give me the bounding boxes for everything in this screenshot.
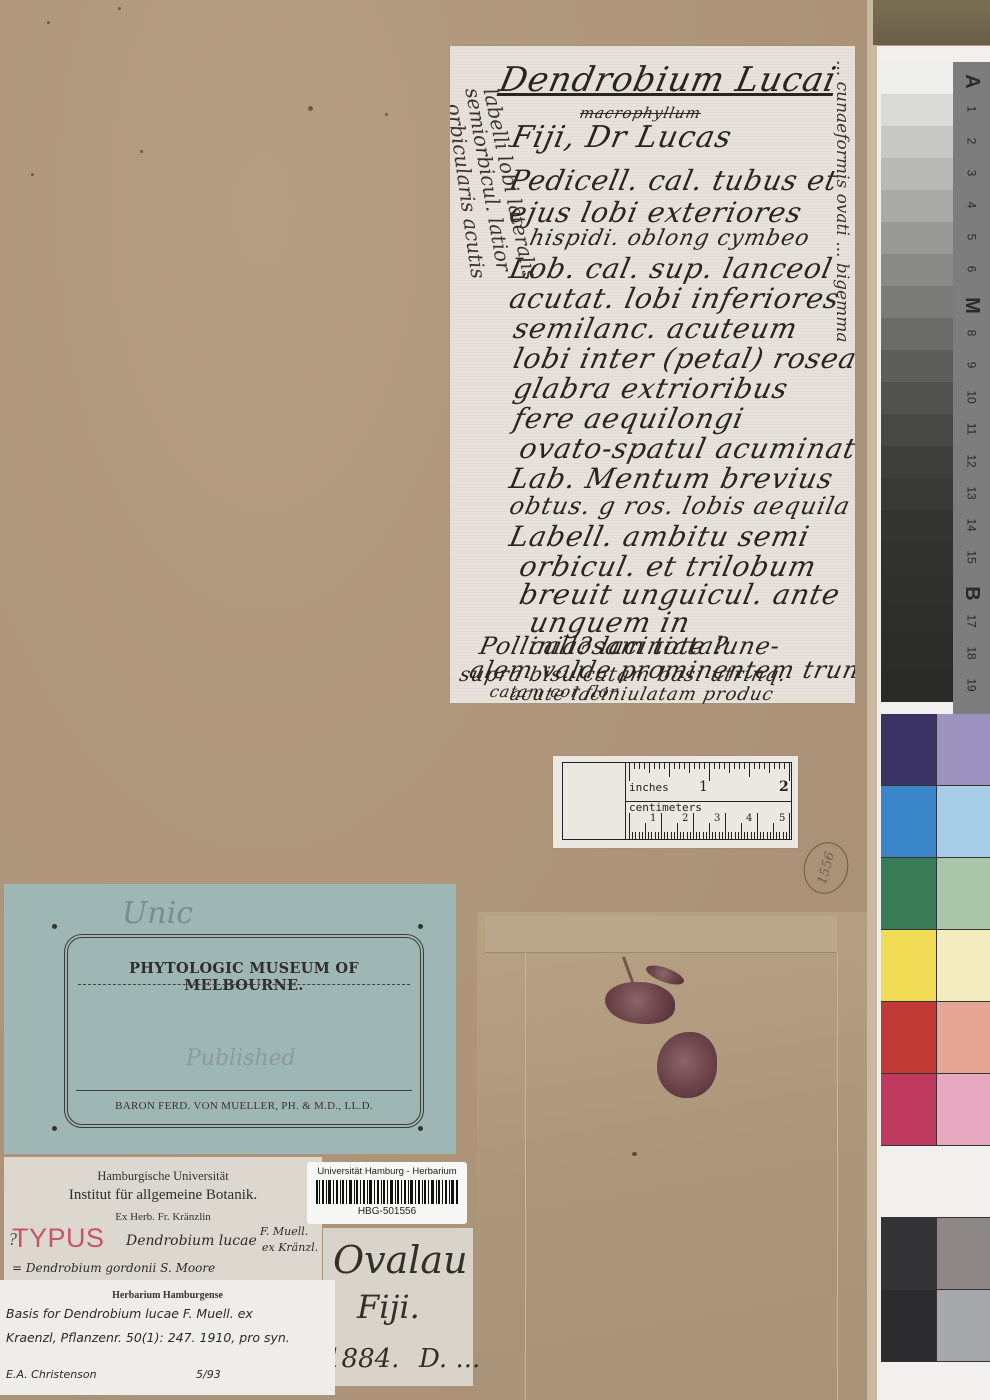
ruler-tick	[738, 832, 739, 839]
ornament-dot	[52, 924, 57, 929]
collector: D. ...	[419, 1344, 480, 1374]
swatch-row	[881, 930, 990, 1002]
color-swatch	[881, 786, 937, 857]
color-swatch	[937, 714, 990, 785]
ruler-tick	[629, 813, 630, 839]
typus-stamp: TYPUS	[12, 1223, 105, 1254]
note-line: Pedicell. cal. tubus et	[506, 164, 840, 197]
inch-number: 2	[779, 779, 789, 795]
ruler-tick	[706, 832, 707, 839]
ruler-tick	[744, 763, 745, 769]
ruler-tick	[664, 763, 665, 769]
barcode-id: HBG-501556	[307, 1206, 467, 1217]
ruler-tick	[644, 763, 645, 769]
ruler-tick	[687, 832, 688, 839]
ruler-tick	[639, 763, 640, 769]
color-swatch	[881, 930, 937, 1001]
note-margin-right: ... cunaeformis ovati ... bigemma	[832, 60, 852, 342]
ruler-tick	[747, 832, 748, 839]
ruler-tick	[696, 832, 697, 839]
cm-number: 5	[779, 813, 785, 824]
ornamental-frame: PHYTOLOGIC MUSEUM OF MELBOURNE. Publishe…	[64, 934, 424, 1128]
barcode-label: Universität Hamburg - Herbarium HBG-5015…	[307, 1162, 467, 1224]
ruler-tick	[629, 763, 630, 781]
speck	[31, 173, 34, 176]
gray-step	[881, 638, 953, 670]
collection-year: 1884.	[325, 1344, 399, 1374]
ruler-tick	[648, 832, 649, 839]
ruler-tick	[658, 832, 659, 839]
label-title: Herbarium Hamburgense	[0, 1290, 335, 1301]
note-line: lobi inter (petal) rosea	[510, 342, 855, 375]
ruler-tick	[690, 832, 691, 839]
color-swatch	[937, 1074, 990, 1145]
ruler-tick	[757, 813, 758, 839]
cm-number: 3	[714, 813, 720, 824]
cm-number: 2	[682, 813, 688, 824]
ruler-tick	[661, 813, 662, 839]
gray-step	[881, 542, 953, 574]
note-line: hispidi. oblong cymbeo	[527, 226, 812, 251]
note-line: ovato-spatul acuminat.	[516, 432, 855, 465]
museum-footer: BARON FERD. VON MUELLER, PH. & M.D., LL.…	[68, 1100, 420, 1112]
annotation-line: Basis for Dendrobium lucae F. Muell. ex	[6, 1306, 253, 1321]
ornament-dot	[418, 1126, 423, 1131]
scale-ruler: inches 1 2 centimeters 1 2 3 4 5	[553, 756, 798, 848]
color-swatch	[881, 1290, 937, 1361]
swatch-row	[881, 1146, 990, 1218]
ruler-tick	[715, 832, 716, 839]
ruler-tick	[734, 763, 735, 769]
swatch-row	[881, 786, 990, 858]
ruler-tick	[689, 763, 690, 773]
ruler-tick	[712, 832, 713, 839]
ex-herbarium: Ex Herb. Fr. Kränzlin	[4, 1211, 322, 1223]
ruler-tick	[655, 832, 656, 839]
gray-step	[881, 62, 953, 94]
ruler-tick	[674, 763, 675, 769]
note-line: acutat. lobi inferiores	[506, 282, 842, 315]
note-line: glabra extrioribus	[510, 372, 791, 405]
ruler-tick	[774, 763, 775, 769]
phytologic-museum-label: Unic PHYTOLOGIC MUSEUM OF MELBOURNE. Pub…	[4, 884, 456, 1154]
gray-scale-labels: A123456M89101112131415B171819	[953, 62, 990, 718]
color-swatch	[881, 1002, 937, 1073]
ruler-tick	[669, 763, 670, 777]
ruler-tick	[749, 763, 750, 777]
ruler-tick	[773, 823, 774, 839]
gray-step	[881, 190, 953, 222]
gray-step-label: 19	[965, 667, 979, 704]
note-footer-line: supra bisulcatam basi utrinq.	[457, 662, 789, 686]
ruler-tick	[634, 763, 635, 769]
ruler-tick	[664, 832, 665, 839]
ruler-tick	[684, 763, 685, 769]
color-swatches	[881, 714, 990, 1362]
ruler-tick	[693, 813, 694, 839]
ruler-tick	[677, 823, 678, 839]
gray-step	[881, 286, 953, 318]
note-line: ejus lobi exteriores	[506, 196, 805, 229]
locality-name: Ovalau	[333, 1238, 468, 1282]
ruler-tick	[639, 832, 640, 839]
ruler-tick	[728, 832, 729, 839]
ruler-tick	[651, 832, 652, 839]
dried-flower	[657, 1032, 717, 1098]
ruler-tick	[779, 832, 780, 839]
ruler-tick	[764, 763, 765, 769]
ruler-tick	[654, 763, 655, 769]
gray-step	[881, 94, 953, 126]
gray-step	[881, 414, 953, 446]
color-swatch	[881, 1146, 936, 1217]
annotation-date: 5/93	[196, 1368, 221, 1381]
scale-blank-area	[563, 763, 626, 839]
institute-name: Institut für allgemeine Botanik.	[4, 1187, 322, 1204]
ruler-tick	[719, 832, 720, 839]
swatch-row	[881, 714, 990, 786]
locality-country: Fiji.	[357, 1288, 420, 1326]
gray-step	[881, 318, 953, 350]
handwritten-author: F. Muell.	[260, 1225, 308, 1238]
ruler-tick	[789, 763, 790, 781]
note-line: Labell. ambitu semi	[506, 520, 812, 553]
specimen-envelope	[477, 912, 867, 1400]
gray-step-label: 6	[965, 251, 979, 288]
scanner-frame	[873, 0, 990, 45]
ruler-tick	[699, 832, 700, 839]
inch-scale: inches 1 2	[625, 763, 791, 802]
ruler-tick	[759, 763, 760, 769]
speck	[308, 106, 313, 111]
handwritten-species-name: Dendrobium lucae	[126, 1233, 257, 1249]
gray-step	[881, 382, 953, 414]
color-swatch	[937, 1218, 990, 1289]
ruler-tick	[667, 832, 668, 839]
locality-label: Ovalau Fiji. 1884. D. ...	[323, 1228, 473, 1386]
cm-number: 1	[650, 813, 656, 824]
ruler-tick	[789, 813, 790, 839]
ruler-tick	[709, 823, 710, 839]
color-swatch	[881, 858, 937, 929]
gray-step	[881, 446, 953, 478]
envelope-flap	[485, 916, 837, 953]
ruler-tick	[760, 832, 761, 839]
ruler-tick	[739, 763, 740, 769]
ruler-tick	[635, 832, 636, 839]
gray-step	[881, 126, 953, 158]
speck	[385, 113, 388, 116]
note-line: Lab. Mentum brevius	[506, 462, 836, 495]
ruler-tick	[786, 832, 787, 839]
note-title: Dendrobium Lucai	[496, 60, 841, 100]
ruler-tick	[674, 832, 675, 839]
centimeters-label: centimeters	[629, 801, 702, 814]
ruler-tick	[741, 823, 742, 839]
speck	[118, 7, 121, 10]
color-calibration-chart: A123456M89101112131415B171819	[877, 46, 990, 1400]
swatch-row	[881, 1002, 990, 1074]
divider	[78, 984, 410, 985]
ruler-tick	[731, 832, 732, 839]
color-swatch	[881, 1074, 937, 1145]
inches-label: inches	[629, 781, 669, 794]
ruler-tick	[784, 763, 785, 769]
color-swatch	[937, 1002, 990, 1073]
hamburg-institute-label: Hamburgische Universität Institut für al…	[4, 1157, 322, 1289]
barcode-institution: Universität Hamburg - Herbarium	[307, 1166, 467, 1177]
color-swatch	[881, 714, 937, 785]
ruler-tick	[714, 763, 715, 769]
note-locality: Fiji, Dr Lucas	[508, 120, 735, 155]
ruler-tick	[704, 763, 705, 769]
ruler-tick	[763, 832, 764, 839]
ruler-tick	[769, 763, 770, 773]
ruler-tick	[642, 832, 643, 839]
gray-scale-steps	[881, 62, 953, 702]
sheet-edge	[867, 0, 877, 1400]
ruler-tick	[783, 832, 784, 839]
cm-number: 4	[746, 813, 752, 824]
color-swatch	[881, 1218, 937, 1289]
ruler-tick	[683, 832, 684, 839]
ruler-tick	[649, 763, 650, 773]
museum-title: PHYTOLOGIC MUSEUM OF MELBOURNE.	[68, 960, 420, 994]
color-swatch	[936, 1146, 990, 1217]
ruler-tick	[694, 763, 695, 769]
ruler-tick	[767, 832, 768, 839]
note-line: Lob. cal. sup. lanceol	[506, 252, 835, 285]
inch-number: 1	[699, 779, 708, 795]
ruler-tick	[751, 832, 752, 839]
gray-step	[881, 222, 953, 254]
gray-step	[881, 574, 953, 606]
ornament-dot	[418, 924, 423, 929]
note-line: obtus. g ros. lobis aequila	[507, 492, 853, 520]
swatch-row	[881, 1218, 990, 1290]
ruler-tick	[754, 763, 755, 769]
ruler-tick	[770, 832, 771, 839]
dried-flower	[605, 982, 675, 1024]
gray-step	[881, 478, 953, 510]
note-line-pollinia: Pollinia? laciniata?	[477, 632, 731, 660]
ruler-tick	[709, 763, 710, 781]
handwritten-annotation: Published	[186, 1046, 296, 1071]
speck	[47, 21, 50, 24]
ruler-tick	[719, 763, 720, 769]
gray-step	[881, 670, 953, 702]
gray-step	[881, 254, 953, 286]
ruler-tick	[779, 763, 780, 769]
color-swatch	[937, 930, 990, 1001]
ruler-tick	[632, 832, 633, 839]
ruler-tick	[680, 832, 681, 839]
ornament-dot	[52, 1126, 57, 1131]
university-name: Hamburgische Universität	[4, 1169, 322, 1184]
barcode-icon	[316, 1180, 459, 1204]
centimeter-scale: centimeters 1 2 3 4 5	[625, 801, 791, 839]
ruler-tick	[744, 832, 745, 839]
gray-step	[881, 510, 953, 542]
ruler-tick	[703, 832, 704, 839]
ruler-tick	[679, 763, 680, 769]
synonym-note: = Dendrobium gordonii S. Moore	[12, 1261, 215, 1275]
divider	[76, 1090, 412, 1091]
handwritten-annotation: Unic	[122, 896, 193, 931]
ruler-tick	[645, 823, 646, 839]
note-line: semilanc. acuteum	[510, 312, 800, 345]
color-swatch	[937, 858, 990, 929]
gray-step-label: 15	[965, 539, 979, 576]
ruler-tick	[725, 813, 726, 839]
swatch-row	[881, 1290, 990, 1362]
ruler-tick	[735, 832, 736, 839]
handwritten-description-note: Dendrobium Lucai macrophyllum Fiji, Dr L…	[450, 46, 855, 703]
note-line: fere aequilongi	[510, 402, 747, 435]
note-footer-line: acute laciniulatam produc	[508, 684, 776, 705]
handwritten-author: ex Kränzl.	[262, 1241, 318, 1254]
gray-step	[881, 158, 953, 190]
color-swatch	[937, 1290, 990, 1361]
ruler-tick	[729, 763, 730, 773]
speck	[140, 150, 143, 153]
annotation-line: Kraenzl, Pflanzenr. 50(1): 247. 1910, pr…	[6, 1330, 290, 1345]
ruler-tick	[776, 832, 777, 839]
herbarium-hamburgense-label: Herbarium Hamburgense Basis for Dendrobi…	[0, 1280, 335, 1395]
gray-step	[881, 606, 953, 638]
ruler-tick	[659, 763, 660, 769]
ruler-tick	[699, 763, 700, 769]
annotator: E.A. Christenson	[6, 1368, 97, 1381]
ruler-tick	[722, 832, 723, 839]
gray-step	[881, 350, 953, 382]
ruler-tick	[754, 832, 755, 839]
ruler-tick	[724, 763, 725, 769]
color-swatch	[937, 786, 990, 857]
swatch-row	[881, 1074, 990, 1146]
swatch-row	[881, 858, 990, 930]
ruler-tick	[671, 832, 672, 839]
